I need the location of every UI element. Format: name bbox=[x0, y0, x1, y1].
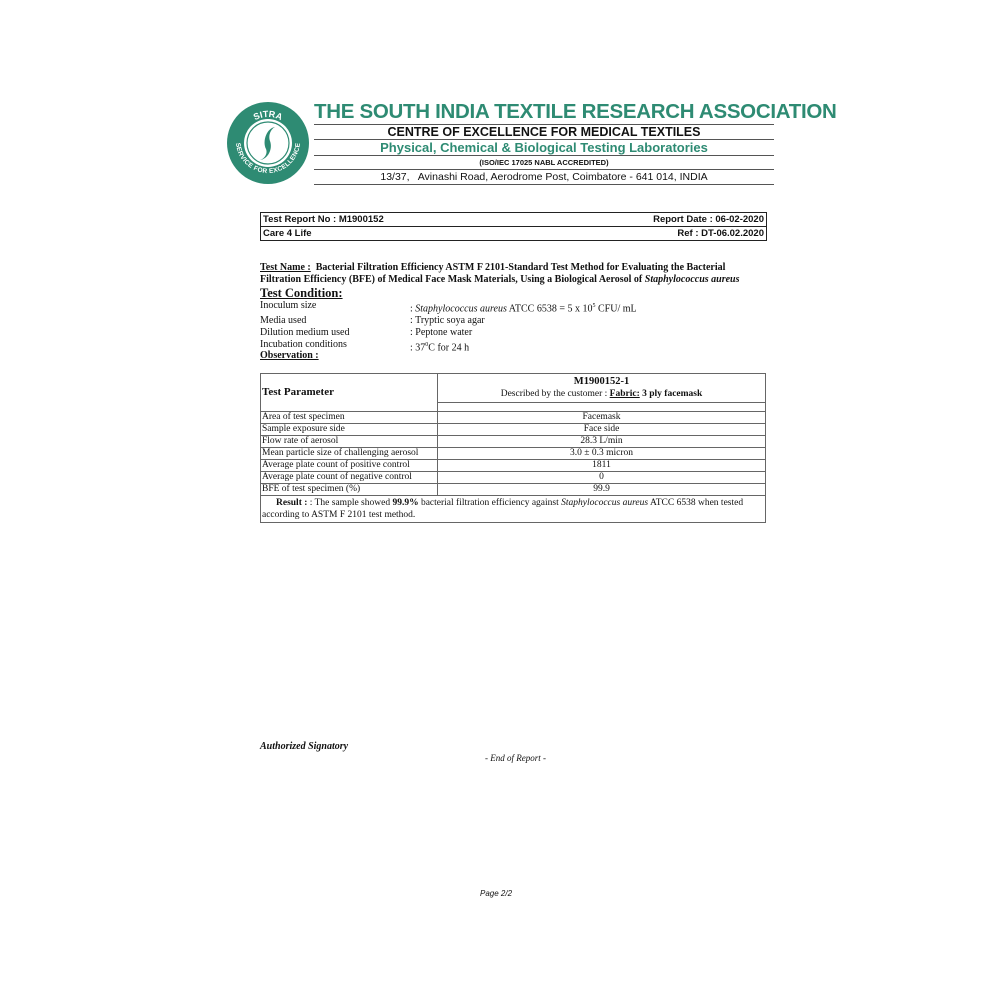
table-row: BFE of test specimen (%)99.9 bbox=[261, 484, 766, 496]
laboratories-name: Physical, Chemical & Biological Testing … bbox=[314, 140, 774, 155]
value-cell: Face side bbox=[438, 424, 766, 436]
value-cell: 0 bbox=[438, 472, 766, 484]
table-row: Average plate count of negative control0 bbox=[261, 472, 766, 484]
value-cell: 1811 bbox=[438, 460, 766, 472]
condition-value: : Staphylococcus aureus ATCC 6538 = 5 x … bbox=[410, 300, 637, 315]
test-conditions: Inoculum size : Staphylococcus aureus AT… bbox=[260, 300, 637, 355]
table-row: Area of test specimenFacemask bbox=[261, 412, 766, 424]
table-row: Mean particle size of challenging aeroso… bbox=[261, 448, 766, 460]
param-cell: Flow rate of aerosol bbox=[261, 436, 438, 448]
value-cell: 99.9 bbox=[438, 484, 766, 496]
table-header-row: Test Parameter M1900152-1 Described by t… bbox=[261, 374, 766, 403]
condition-value: : 370C for 24 h bbox=[410, 339, 469, 354]
report-number: Test Report No : M1900152 bbox=[263, 213, 384, 226]
observation-table: Test Parameter M1900152-1 Described by t… bbox=[260, 373, 766, 523]
sitra-logo: SITRA SERVICE FOR EXCELLENCE bbox=[226, 101, 310, 185]
sample-header: M1900152-1 Described by the customer : F… bbox=[438, 374, 766, 403]
organization-name: THE SOUTH INDIA TEXTILE RESEARCH ASSOCIA… bbox=[314, 100, 776, 124]
param-header: Test Parameter bbox=[261, 374, 438, 412]
meta-row-report: Test Report No : M1900152 Report Date : … bbox=[261, 213, 766, 226]
customer-name: Care 4 Life bbox=[263, 227, 312, 240]
accreditation: (ISO/IEC 17025 NABL ACCREDITED) bbox=[314, 156, 774, 169]
value-cell: 3.0 ± 0.3 micron bbox=[438, 448, 766, 460]
param-cell: Average plate count of negative control bbox=[261, 472, 438, 484]
table-row: Sample exposure sideFace side bbox=[261, 424, 766, 436]
test-name-label: Test Name : bbox=[260, 262, 311, 273]
divider bbox=[314, 184, 774, 185]
value-cell: Facemask bbox=[438, 412, 766, 424]
condition-value: : Peptone water bbox=[410, 327, 472, 339]
end-of-report: - End of Report - bbox=[485, 753, 546, 763]
param-cell: Average plate count of positive control bbox=[261, 460, 438, 472]
param-cell: Mean particle size of challenging aeroso… bbox=[261, 448, 438, 460]
authorized-signatory: Authorized Signatory bbox=[260, 741, 348, 752]
table-row: Flow rate of aerosol28.3 L/min bbox=[261, 436, 766, 448]
condition-row: Dilution medium used : Peptone water bbox=[260, 327, 637, 339]
address: 13/37, Avinashi Road, Aerodrome Post, Co… bbox=[314, 170, 774, 184]
test-name-organism: Staphylococcus aureus bbox=[645, 274, 740, 285]
observation-heading: Observation : bbox=[260, 350, 319, 361]
page-number: Page 2/2 bbox=[480, 889, 512, 898]
param-cell: BFE of test specimen (%) bbox=[261, 484, 438, 496]
condition-row: Inoculum size : Staphylococcus aureus AT… bbox=[260, 300, 637, 315]
value-cell: 28.3 L/min bbox=[438, 436, 766, 448]
meta-row-customer: Care 4 Life Ref : DT-06.02.2020 bbox=[261, 226, 766, 240]
table-row: Average plate count of positive control1… bbox=[261, 460, 766, 472]
param-cell: Area of test specimen bbox=[261, 412, 438, 424]
test-name: Test Name : Bacterial Filtration Efficie… bbox=[260, 262, 765, 286]
result-row: Result : : The sample showed 99.9% bacte… bbox=[261, 496, 766, 523]
reference: Ref : DT-06.02.2020 bbox=[677, 227, 764, 240]
sample-id: M1900152-1 bbox=[439, 376, 764, 388]
param-cell: Sample exposure side bbox=[261, 424, 438, 436]
sample-description: Described by the customer : Fabric: 3 pl… bbox=[439, 388, 764, 400]
condition-row: Media used : Tryptic soya agar bbox=[260, 315, 637, 327]
condition-value: : Tryptic soya agar bbox=[410, 315, 485, 327]
centre-name: CENTRE OF EXCELLENCE FOR MEDICAL TEXTILE… bbox=[314, 125, 774, 139]
sitra-s-logo-icon: SITRA SERVICE FOR EXCELLENCE bbox=[226, 101, 310, 185]
test-condition-heading: Test Condition: bbox=[260, 286, 343, 301]
report-date: Report Date : 06-02-2020 bbox=[653, 213, 764, 226]
result-text: Result : : The sample showed 99.9% bacte… bbox=[261, 496, 766, 523]
report-meta-box: Test Report No : M1900152 Report Date : … bbox=[260, 212, 767, 241]
